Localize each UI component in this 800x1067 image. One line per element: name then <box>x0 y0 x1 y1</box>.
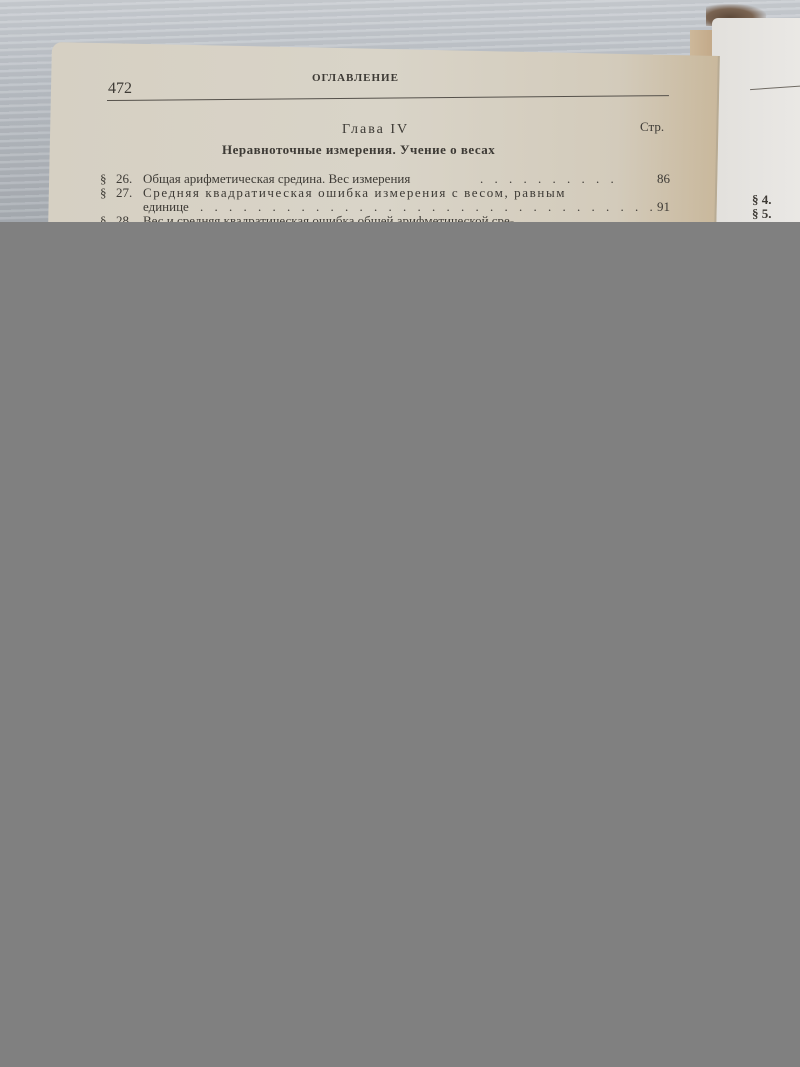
section-symbol: § <box>100 185 107 201</box>
entry-page: 91 <box>657 199 670 215</box>
chapter-heading: Глава IV <box>342 122 409 138</box>
section-number: 28. <box>116 213 132 222</box>
redaction-mask <box>0 222 800 1067</box>
chapter-title: Неравноточные измерения. Учение о весах <box>222 142 495 158</box>
section-number: 27. <box>116 185 132 201</box>
page-number: 472 <box>108 80 132 98</box>
entry-title: Вес и средняя квадратическая ошибка обще… <box>143 213 514 222</box>
facing-entry: § 5. <box>752 206 772 222</box>
page-column-label: Стр. <box>640 119 664 135</box>
section-symbol: § <box>100 213 107 222</box>
book-photo: § 4. § 5. 472 ОГЛАВЛЕНИЕ Стр. Глава IV Н… <box>0 0 800 222</box>
running-head: ОГЛАВЛЕНИЕ <box>312 72 399 84</box>
entry-page: 86 <box>657 171 670 187</box>
